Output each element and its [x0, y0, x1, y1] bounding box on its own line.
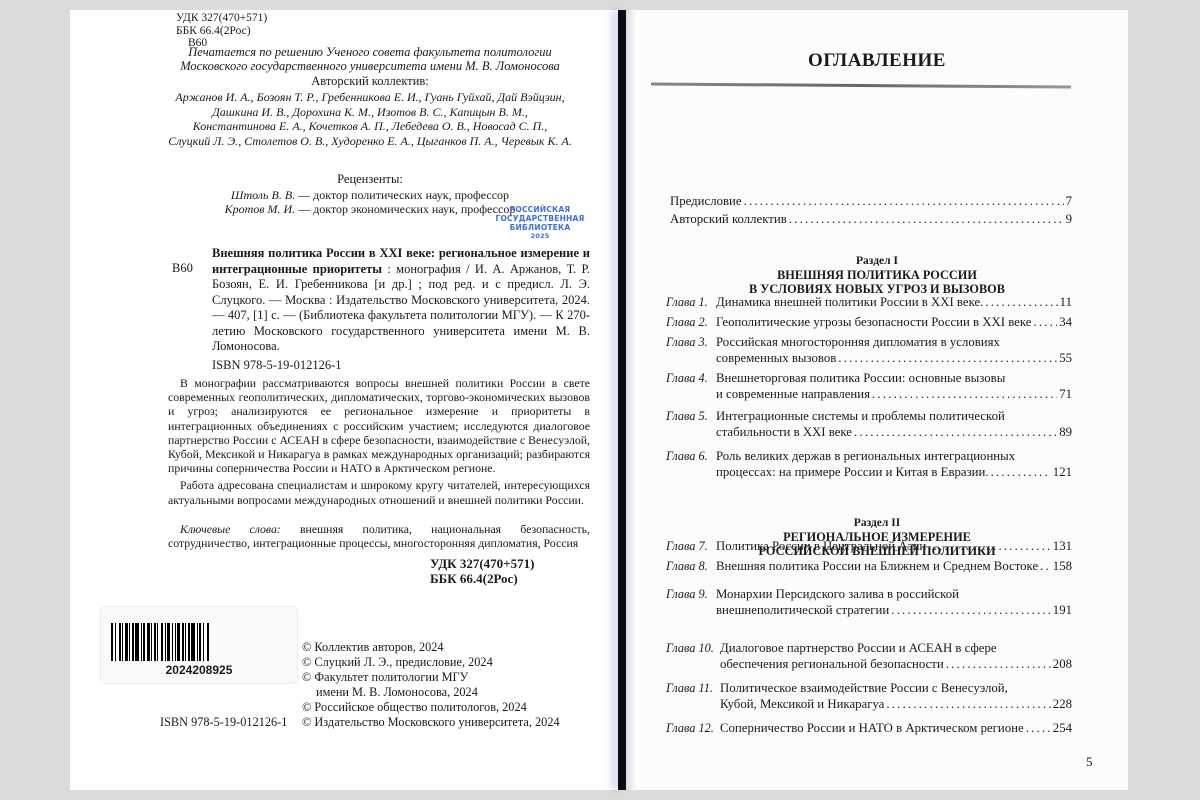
section-number: Раздел I: [626, 254, 1128, 268]
chapter-title-line: Динамика внешней политики России в XXI в…: [716, 294, 983, 310]
toc-entry-label: Предисловие: [670, 194, 742, 209]
left-page: УДК 327(470+571) ББК 66.4(2Рос) В60 Печа…: [70, 10, 622, 790]
copyright-line: © Российское общество политологов, 2024: [302, 700, 560, 715]
section-heading[interactable]: Раздел IВНЕШНЯЯ ПОЛИТИКА РОССИИВ УСЛОВИЯ…: [626, 254, 1128, 296]
chapter-title-line: Монархии Персидского залива в российской: [716, 586, 1072, 602]
chapter-label: Глава 6.: [666, 448, 708, 464]
barcode-number: 2024208925: [101, 663, 297, 678]
abstract: В монографии рассматриваются вопросы вне…: [168, 376, 590, 507]
toc-entry-label: Авторский коллектив: [670, 212, 787, 227]
leader-dots: [891, 602, 1051, 618]
leader-dots: [872, 386, 1057, 402]
toc-page-number: 71: [1059, 386, 1072, 402]
classification-top: УДК 327(470+571) ББК 66.4(2Рос) В60: [176, 12, 267, 50]
toc-entry[interactable]: Авторский коллектив9: [670, 212, 1072, 227]
chapter-title-line: Внешняя политика России на Ближнем и Сре…: [716, 558, 1038, 574]
chapter-label: Глава 10.: [666, 640, 714, 656]
stamp-line: БИБЛИОТЕКА: [480, 223, 600, 232]
chapter-title-line: Геополитические угрозы безопасности Росс…: [716, 314, 1031, 330]
authors-heading: Авторский коллектив:: [130, 74, 610, 89]
section-title-line: ВНЕШНЯЯ ПОЛИТИКА РОССИИ: [626, 268, 1128, 282]
toc-chapter[interactable]: Глава 4.Внешнеторговая политика России: …: [666, 370, 1072, 402]
chapter-title-line: стабильности в XXI веке: [716, 424, 852, 440]
toc-page-number: 89: [1059, 424, 1072, 440]
abstract-paragraph: В монографии рассматриваются вопросы вне…: [168, 376, 590, 475]
copyright-line: © Издательство Московского университета,…: [302, 715, 560, 730]
copyright-line: имени М. В. Ломоносова, 2024: [302, 685, 560, 700]
barcode-sticker: 2024208925: [100, 606, 298, 684]
toc-page-number: 11: [1060, 294, 1072, 310]
toc-page-number: 254: [1053, 720, 1072, 736]
bbk-code: ББК 66.4(2Рос): [176, 25, 267, 38]
chapter-title-line: Политика России в Центральной Азии: [716, 538, 926, 554]
reviewer-title: — доктор политических наук, профессор: [295, 188, 509, 202]
abstract-paragraph: Работа адресована специалистам и широком…: [168, 478, 590, 506]
chapter-label: Глава 4.: [666, 370, 708, 386]
chapter-label: Глава 8.: [666, 558, 708, 574]
toc-chapter[interactable]: Глава 10.Диалоговое партнерство России и…: [666, 640, 1072, 672]
toc-title: ОГЛАВЛЕНИЕ: [626, 50, 1128, 72]
gutter-shadow: [626, 10, 636, 790]
toc-page-number: 121: [1053, 464, 1072, 480]
section-number: Раздел II: [626, 516, 1128, 530]
classification-bottom: УДК 327(470+571) ББК 66.4(2Рос): [430, 556, 534, 586]
leader-dots: [928, 538, 1051, 554]
stamp-year: 2025: [480, 232, 600, 241]
approval-line: Московского государственного университет…: [130, 59, 610, 73]
chapter-title-line: обеспечения региональной безопасности: [720, 656, 944, 672]
chapter-title-line: Интеграционные системы и проблемы полити…: [716, 408, 1072, 424]
chapter-label: Глава 5.: [666, 408, 708, 424]
toc-page-number: 55: [1059, 350, 1072, 366]
toc-chapter[interactable]: Глава 3.Российская многосторонняя диплом…: [666, 334, 1072, 366]
leader-dots: [744, 194, 1064, 209]
toc-chapter[interactable]: Глава 8.Внешняя политика России на Ближн…: [666, 558, 1072, 574]
toc-chapter[interactable]: Глава 5.Интеграционные системы и проблем…: [666, 408, 1072, 440]
chapter-title-line: современных вызовов: [716, 350, 836, 366]
title-rule: [651, 83, 1071, 89]
toc-chapter[interactable]: Глава 11.Политическое взаимодействие Рос…: [666, 680, 1072, 712]
toc-page-number: 208: [1053, 656, 1072, 672]
book-spine: [618, 10, 626, 790]
copyright-line: © Факультет политологии МГУ: [302, 670, 560, 685]
toc-entry[interactable]: Предисловие7: [670, 194, 1072, 209]
chapter-title-line: Роль великих держав в региональных интег…: [716, 448, 1072, 464]
approval-note: Печатается по решению Ученого совета фак…: [130, 45, 610, 73]
chapter-label: Глава 2.: [666, 314, 708, 330]
barcode-icon: [111, 623, 286, 661]
page-number: 5: [1086, 754, 1093, 770]
chapter-label: Глава 12.: [666, 720, 714, 736]
leader-dots: [854, 424, 1057, 440]
keywords-label: Ключевые слова:: [180, 522, 281, 536]
approval-line: Печатается по решению Ученого совета фак…: [130, 45, 610, 59]
chapter-title-line: Внешнеторговая политика России: основные…: [716, 370, 1072, 386]
right-page: ОГЛАВЛЕНИЕ Предисловие7Авторский коллект…: [626, 10, 1128, 790]
stamp-line: РОССИЙСКАЯ: [480, 205, 600, 214]
toc-page-number: 9: [1066, 212, 1072, 227]
authors-line: Слуцкий Л. Э., Столетов О. В., Худоренко…: [130, 134, 610, 149]
toc-page-number: 7: [1066, 194, 1072, 209]
leader-dots: [1033, 314, 1057, 330]
library-stamp: РОССИЙСКАЯ ГОСУДАРСТВЕННАЯ БИБЛИОТЕКА 20…: [480, 205, 600, 241]
chapter-title-line: внешнеполитической стратегии: [716, 602, 889, 618]
isbn: ISBN 978-5-19-012126-1: [212, 358, 342, 373]
reviewer: Штоль В. В. — доктор политических наук, …: [130, 188, 610, 202]
leader-dots: [1026, 720, 1051, 736]
authors-line: Аржанов И. А., Бозоян Т. Р., Гребенников…: [130, 90, 610, 105]
toc-chapter[interactable]: Глава 6.Роль великих держав в региональн…: [666, 448, 1072, 480]
toc-chapter[interactable]: Глава 1.Динамика внешней политики России…: [666, 294, 1072, 310]
chapter-title-line: Соперничество России и НАТО в Арктическо…: [720, 720, 1024, 736]
reviewers-heading: Рецензенты:: [130, 172, 610, 187]
leader-dots: [886, 696, 1050, 712]
leader-dots: [789, 212, 1064, 227]
toc-page-number: 131: [1053, 538, 1072, 554]
keywords: Ключевые слова: внешняя политика, национ…: [168, 522, 590, 550]
biblio-author-code: В60: [172, 261, 193, 276]
chapter-title-line: и современные направления: [716, 386, 870, 402]
stamp-line: ГОСУДАРСТВЕННАЯ: [480, 214, 600, 223]
toc-chapter[interactable]: Глава 2.Геополитические угрозы безопасно…: [666, 314, 1072, 330]
chapter-label: Глава 1.: [666, 294, 708, 310]
toc-page-number: 34: [1059, 314, 1072, 330]
isbn-bottom: ISBN 978-5-19-012126-1: [160, 715, 287, 730]
leader-dots: [991, 464, 1051, 480]
toc-chapter[interactable]: Глава 12.Соперничество России и НАТО в А…: [666, 720, 1072, 736]
chapter-label: Глава 3.: [666, 334, 708, 350]
leader-dots: [985, 294, 1057, 310]
chapter-label: Глава 7.: [666, 538, 708, 554]
copyright-list: © Коллектив авторов, 2024 © Слуцкий Л. Э…: [302, 640, 560, 730]
chapter-title-line: Политическое взаимодействие России с Вен…: [720, 680, 1072, 696]
leader-dots: [838, 350, 1057, 366]
toc-page-number: 191: [1053, 602, 1072, 618]
chapter-label: Глава 9.: [666, 586, 708, 602]
leader-dots: [946, 656, 1051, 672]
toc-page-number: 228: [1053, 696, 1072, 712]
chapter-title-line: Российская многосторонняя дипломатия в у…: [716, 334, 1072, 350]
bibliographic-record: Внешняя политика России в XXI веке: реги…: [212, 246, 590, 355]
leader-dots: [1040, 558, 1051, 574]
toc-chapter[interactable]: Глава 9.Монархии Персидского залива в ро…: [666, 586, 1072, 618]
reviewer-name: Штоль В. В.: [231, 188, 295, 202]
copyright-line: © Слуцкий Л. Э., предисловие, 2024: [302, 655, 560, 670]
chapter-title-line: Кубой, Мексикой и Никарагуа: [720, 696, 884, 712]
copyright-line: © Коллектив авторов, 2024: [302, 640, 560, 655]
bbk-code: ББК 66.4(2Рос): [430, 571, 534, 586]
udk-code: УДК 327(470+571): [176, 12, 267, 25]
authors-line: Дашкина И. В., Дорохина К. М., Изотов В.…: [130, 105, 610, 120]
chapter-title-line: процессах: на примере России и Китая в Е…: [716, 464, 989, 480]
book-spread: УДК 327(470+571) ББК 66.4(2Рос) В60 Печа…: [70, 10, 1128, 790]
reviewer-name: Кротов М. И.: [225, 202, 296, 216]
authors-list: Аржанов И. А., Бозоян Т. Р., Гребенников…: [130, 90, 610, 148]
toc-page-number: 158: [1053, 558, 1072, 574]
udk-code: УДК 327(470+571): [430, 556, 534, 571]
toc-chapter[interactable]: Глава 7.Политика России в Центральной Аз…: [666, 538, 1072, 554]
chapter-title-line: Диалоговое партнерство России и АСЕАН в …: [720, 640, 1072, 656]
authors-line: Константинова Е. А., Кочетков А. П., Леб…: [130, 119, 610, 134]
chapter-label: Глава 11.: [666, 680, 713, 696]
